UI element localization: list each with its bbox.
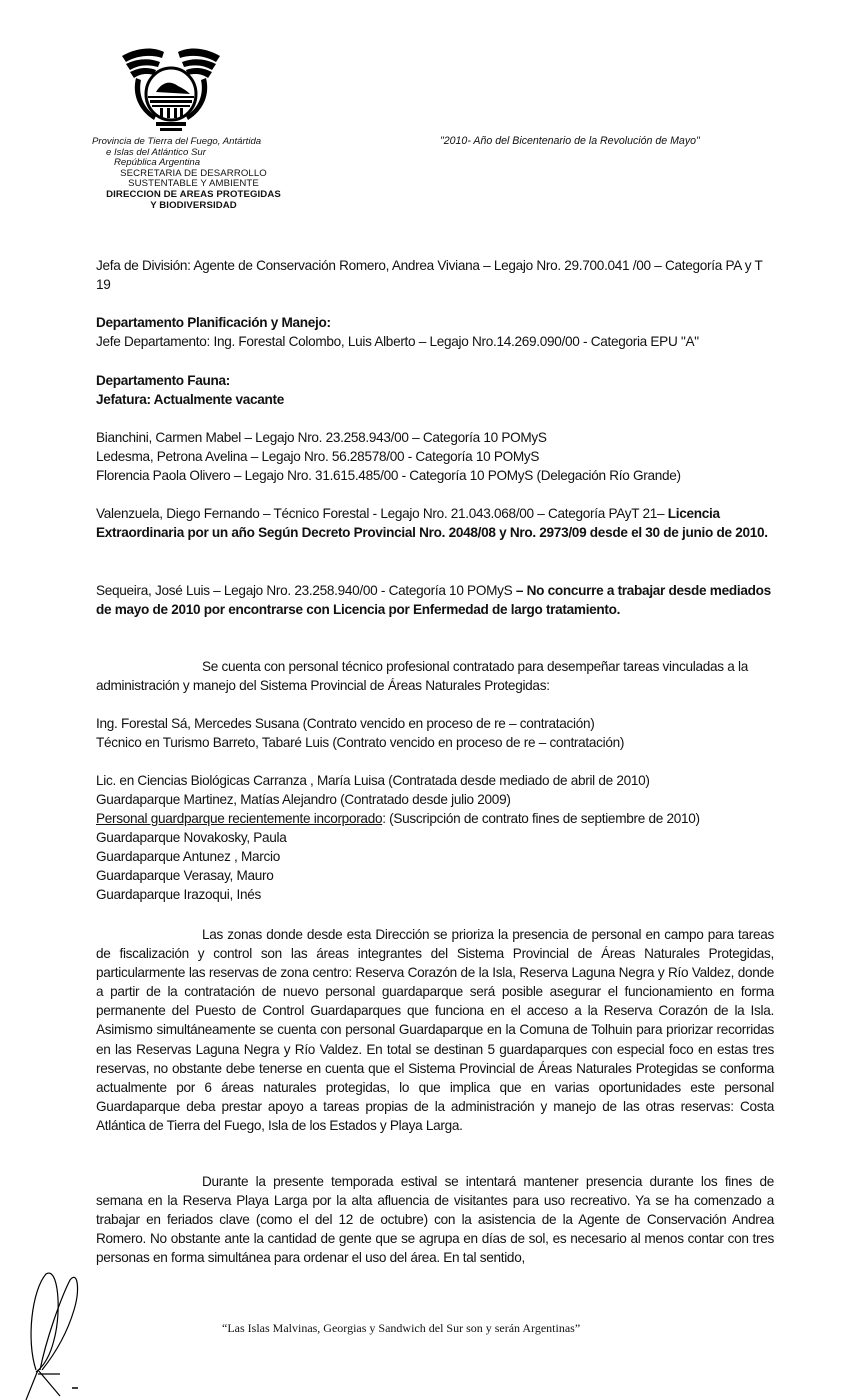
zones-paragraph: Las zonas donde desde esta Dirección se …: [96, 925, 774, 1135]
ranger-item: Guardaparque Antunez , Marcio: [96, 847, 774, 866]
issuing-organization: Provincia de Tierra del Fuego, Antártida…: [86, 137, 301, 211]
department-head: Jefatura: Actualmente vacante: [96, 390, 774, 409]
document-page: Provincia de Tierra del Fuego, Antártida…: [0, 0, 850, 1400]
ranger-item: Guardaparque Novakosky, Paula: [96, 828, 774, 847]
contract-item: Guardaparque Martinez, Matías Alejandro …: [96, 790, 774, 809]
contracted-intro: Se cuenta con personal técnico profesion…: [96, 657, 774, 695]
handwritten-signature-icon: [18, 1270, 88, 1400]
summer-paragraph: Durante la presente temporada estival se…: [96, 1172, 774, 1267]
division-head: Jefa de División: Agente de Conservación…: [96, 256, 774, 294]
coat-of-arms-icon: [118, 42, 224, 134]
year-motto: "2010- Año del Bicentenario de la Revolu…: [440, 135, 700, 147]
sequeira-entry: Sequeira, José Luis – Legajo Nro. 23.258…: [96, 581, 774, 619]
org-line: Provincia de Tierra del Fuego, Antártida: [86, 137, 301, 148]
staff-item: Ledesma, Petrona Avelina – Legajo Nro. 5…: [96, 447, 774, 466]
staff-item: Florencia Paola Olivero – Legajo Nro. 31…: [96, 466, 774, 485]
department-head: Jefe Departamento: Ing. Forestal Colombo…: [96, 332, 774, 351]
org-line: DIRECCION DE AREAS PROTEGIDAS: [86, 190, 301, 201]
section-title: Departamento Fauna:: [96, 371, 774, 390]
contracted-group-1: Ing. Forestal Sá, Mercedes Susana (Contr…: [96, 714, 774, 752]
planificacion-section: Departamento Planificación y Manejo: Jef…: [96, 313, 774, 351]
valenzuela-entry: Valenzuela, Diego Fernando – Técnico For…: [96, 504, 774, 542]
org-line: Y BIODIVERSIDAD: [86, 201, 301, 212]
recent-staff-label: Personal guardparque recientemente incor…: [96, 811, 382, 826]
ranger-item: Guardaparque Verasay, Mauro: [96, 866, 774, 885]
ranger-item: Guardaparque Irazoqui, Inés: [96, 885, 774, 904]
contracted-group-2: Lic. en Ciencias Biológicas Carranza , M…: [96, 771, 774, 904]
contract-item: Técnico en Turismo Barreto, Tabaré Luis …: [96, 733, 774, 752]
recent-staff-note: : (Suscripción de contrato fines de sept…: [382, 811, 700, 826]
contract-item: Ing. Forestal Sá, Mercedes Susana (Contr…: [96, 714, 774, 733]
section-title: Departamento Planificación y Manejo:: [96, 313, 774, 332]
recent-staff-heading: Personal guardparque recientemente incor…: [96, 809, 774, 828]
fauna-section: Departamento Fauna: Jefatura: Actualment…: [96, 371, 774, 409]
footer-quote: “Las Islas Malvinas, Georgias y Sandwich…: [222, 1321, 580, 1336]
staff-item: Bianchini, Carmen Mabel – Legajo Nro. 23…: [96, 428, 774, 447]
fauna-staff-list: Bianchini, Carmen Mabel – Legajo Nro. 23…: [96, 428, 774, 485]
entry-text: Sequeira, José Luis – Legajo Nro. 23.258…: [96, 583, 516, 598]
entry-text: Valenzuela, Diego Fernando – Técnico For…: [96, 506, 668, 521]
contract-item: Lic. en Ciencias Biológicas Carranza , M…: [96, 771, 774, 790]
